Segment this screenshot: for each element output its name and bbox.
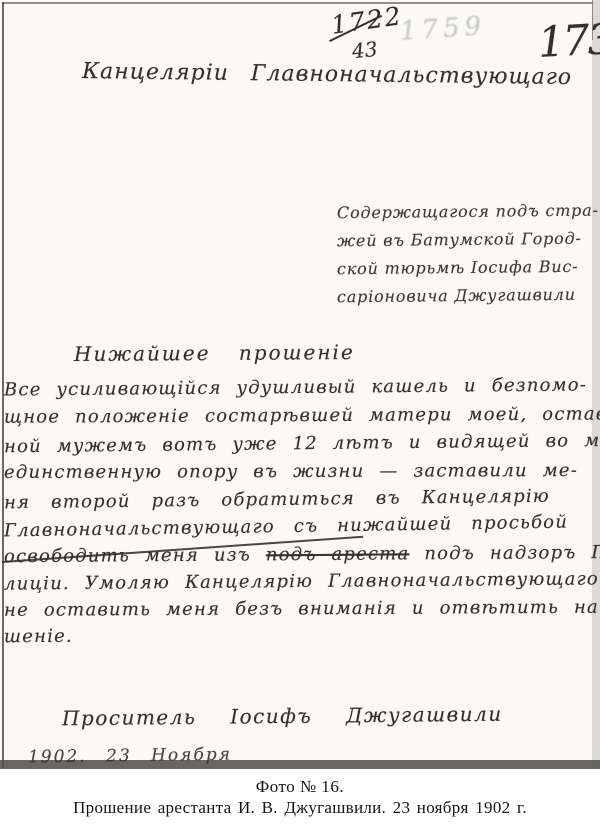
photo-caption: Фото № 16. Прошение арестанта И. В. Джуг…: [0, 777, 600, 818]
sender-block: Содержащагося подъ стра- жей въ Батумско…: [337, 198, 587, 310]
document-photo: 1722 43 1759 173 Канцеляріи Главноначаль…: [0, 0, 600, 770]
body-line-8: лиціи. Умоляю Канцелярію Главноначальств…: [4, 568, 599, 594]
body-line-7-struck-words: подъ ареста: [266, 543, 410, 565]
addressee-line: Канцеляріи Главноначальствующаго: [82, 59, 572, 90]
signature-line: Проситель Іосифъ Джугашвили: [62, 702, 503, 731]
registry-number-bottom: 43: [351, 37, 379, 64]
sender-line: саріоновича Джугашвили: [337, 281, 587, 312]
body-line-2: щное положеніе состарѣвшей матери моей, …: [4, 403, 600, 427]
caption-description: Прошение арестанта И. В. Джугашвили. 23 …: [0, 797, 600, 818]
sender-line: жей въ Батумской Город-: [337, 225, 587, 256]
body-line-10: шеніе.: [4, 626, 73, 647]
caption-photo-number: Фото № 16.: [0, 777, 600, 797]
body-line-9: не оставить меня безъ вниманія и отвѣтит…: [4, 596, 600, 621]
date-line: 1902. 23 Ноября: [28, 745, 232, 768]
faint-stamp-number: 1759: [399, 11, 487, 47]
body-line-6: Главноначальствующаго съ нижайшей просьб…: [4, 512, 568, 542]
archive-page-number: 173: [537, 14, 600, 67]
body-line-1: Все усиливающійся удушливый кашель и без…: [4, 374, 587, 400]
scanned-page: 1722 43 1759 173 Канцеляріи Главноначаль…: [0, 0, 600, 831]
body-line-3: ной мужемъ вотъ уже 12 лѣтъ и видящей во…: [4, 430, 600, 458]
body-line-7-tail: подъ надзоръ По-: [424, 542, 600, 564]
photo-top-edge: [2, 2, 596, 4]
body-line-5: ня второй разъ обратиться въ Канцелярію: [4, 486, 550, 514]
petition-heading: Нижайшее прошеніе: [74, 340, 355, 366]
body-line-4: единственную опору въ жизни — заставили …: [4, 460, 578, 483]
sender-line: Содержащагося подъ стра-: [337, 197, 587, 228]
sender-line: ской тюрьмѣ Іосифа Вис-: [337, 253, 587, 284]
photo-right-edge: [592, 0, 600, 768]
